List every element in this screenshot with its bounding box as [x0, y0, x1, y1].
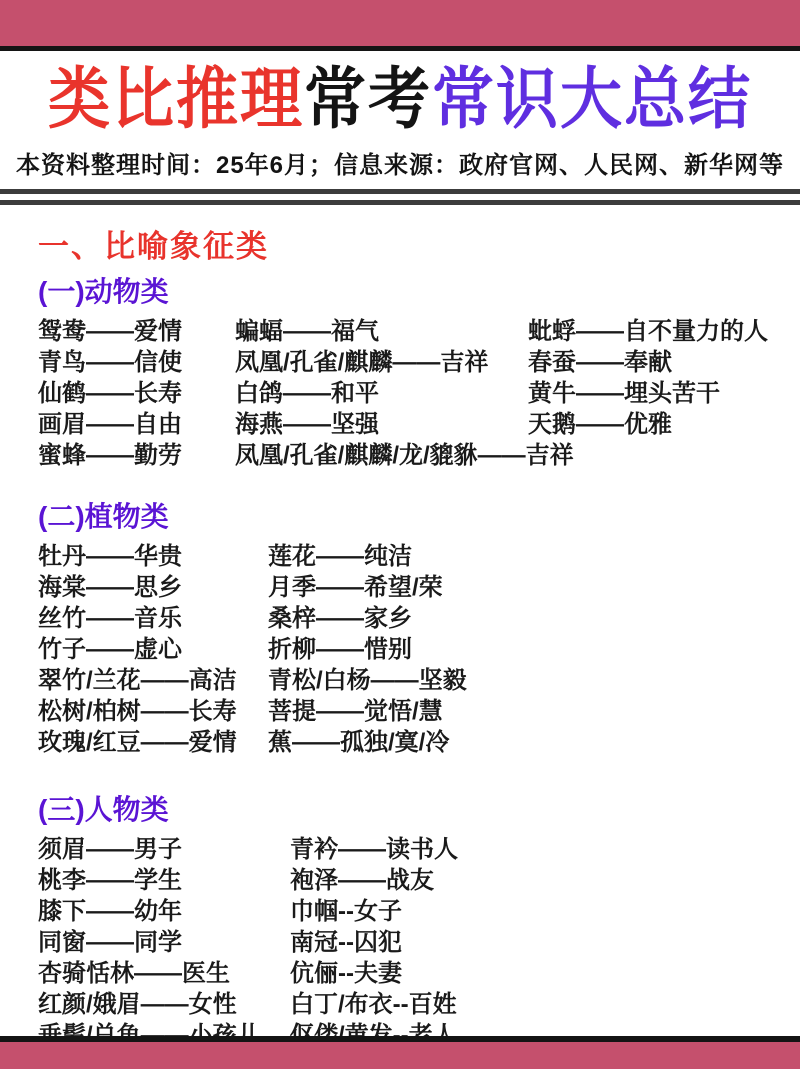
analogy-entry: 莲花——纯洁 [268, 541, 800, 572]
analogy-row: 杏骑恬林——医生 伉俪--夫妻 [38, 958, 800, 989]
analogy-entry: 海燕——坚强 [235, 409, 528, 440]
title-segment-red: 类比推理 [48, 63, 304, 138]
analogy-row: 翠竹/兰花——高洁 青松/白杨——坚毅 [38, 665, 800, 696]
analogy-entry: 白鸽——和平 [235, 378, 528, 409]
analogy-row: 海棠——思乡 月季——希望/荣 [38, 572, 800, 603]
analogy-entry: 鸳鸯——爱情 [38, 316, 235, 347]
analogy-entry: 白丁/布衣--百姓 [290, 989, 800, 1020]
people-list: 须眉——男子 青衿——读书人 桃李——学生 袍泽——战友 膝下——幼年 巾帼--… [38, 834, 800, 1051]
analogy-row: 玫瑰/红豆——爱情 蕉——孤独/寞/冷 [38, 727, 800, 758]
analogy-entry: 青松/白杨——坚毅 [268, 665, 800, 696]
subsection-heading-animals: (一)动物类 [38, 270, 800, 310]
analogy-entry: 画眉——自由 [38, 409, 235, 440]
bottom-banner [0, 1036, 800, 1069]
analogy-entry: 丝竹——音乐 [38, 603, 268, 634]
analogy-entry [528, 440, 800, 471]
analogy-row: 青鸟——信使 凤凰/孔雀/麒麟——吉祥 春蚕——奉献 [38, 347, 800, 378]
analogy-entry: 仙鹤——长寿 [38, 378, 235, 409]
analogy-row: 牡丹——华贵 莲花——纯洁 [38, 541, 800, 572]
analogy-entry: 青衿——读书人 [290, 834, 800, 865]
analogy-entry: 凤凰/孔雀/麒麟——吉祥 [235, 347, 528, 378]
analogy-entry: 膝下——幼年 [38, 896, 290, 927]
analogy-row: 红颜/娥眉——女性 白丁/布衣--百姓 [38, 989, 800, 1020]
analogy-entry: 黄牛——埋头苦干 [528, 378, 800, 409]
analogy-entry: 青鸟——信使 [38, 347, 235, 378]
analogy-entry: 折柳——惜别 [268, 634, 800, 665]
analogy-row: 松树/柏树——长寿 菩提——觉悟/慧 [38, 696, 800, 727]
analogy-entry: 南冠--囚犯 [290, 927, 800, 958]
animals-list: 鸳鸯——爱情 蝙蝠——福气 蚍蜉——自不量力的人 青鸟——信使 凤凰/孔雀/麒麟… [38, 316, 800, 471]
analogy-row: 仙鹤——长寿 白鸽——和平 黄牛——埋头苦干 [38, 378, 800, 409]
analogy-entry: 巾帼--女子 [290, 896, 800, 927]
analogy-entry: 袍泽——战友 [290, 865, 800, 896]
top-banner [0, 0, 800, 51]
content-area: 一、比喻象征类 (一)动物类 鸳鸯——爱情 蝙蝠——福气 蚍蜉——自不量力的人 … [0, 205, 800, 1051]
analogy-entry: 桃李——学生 [38, 865, 290, 896]
analogy-entry: 须眉——男子 [38, 834, 290, 865]
analogy-row: 须眉——男子 青衿——读书人 [38, 834, 800, 865]
analogy-row: 同窗——同学 南冠--囚犯 [38, 927, 800, 958]
analogy-entry: 春蚕——奉献 [528, 347, 800, 378]
analogy-row: 竹子——虚心 折柳——惜别 [38, 634, 800, 665]
analogy-entry: 月季——希望/荣 [268, 572, 800, 603]
analogy-entry: 杏骑恬林——医生 [38, 958, 290, 989]
analogy-row: 丝竹——音乐 桑梓——家乡 [38, 603, 800, 634]
analogy-entry: 菩提——觉悟/慧 [268, 696, 800, 727]
analogy-entry: 桑梓——家乡 [268, 603, 800, 634]
rule-line [0, 189, 800, 194]
analogy-row: 画眉——自由 海燕——坚强 天鹅——优雅 [38, 409, 800, 440]
title-segment-purple: 常识大总结 [432, 63, 752, 138]
analogy-entry: 蚍蜉——自不量力的人 [528, 316, 800, 347]
double-rule [0, 189, 800, 205]
analogy-entry: 翠竹/兰花——高洁 [38, 665, 268, 696]
analogy-entry: 伉俪--夫妻 [290, 958, 800, 989]
analogy-entry: 玫瑰/红豆——爱情 [38, 727, 268, 758]
analogy-entry: 竹子——虚心 [38, 634, 268, 665]
analogy-entry: 蝙蝠——福气 [235, 316, 528, 347]
analogy-entry: 蜜蜂——勤劳 [38, 440, 235, 471]
plants-list: 牡丹——华贵 莲花——纯洁 海棠——思乡 月季——希望/荣 丝竹——音乐 桑梓—… [38, 541, 800, 758]
analogy-entry: 天鹅——优雅 [528, 409, 800, 440]
subsection-heading-plants: (二)植物类 [38, 495, 800, 535]
analogy-row: 蜜蜂——勤劳 凤凰/孔雀/麒麟/龙/貔貅——吉祥 [38, 440, 800, 471]
analogy-row: 鸳鸯——爱情 蝙蝠——福气 蚍蜉——自不量力的人 [38, 316, 800, 347]
analogy-entry: 松树/柏树——长寿 [38, 696, 268, 727]
analogy-entry: 同窗——同学 [38, 927, 290, 958]
subsection-heading-people: (三)人物类 [38, 788, 800, 828]
analogy-entry: 凤凰/孔雀/麒麟/龙/貔貅——吉祥 [235, 440, 528, 471]
document-meta: 本资料整理时间：25年6月；信息来源：政府官网、人民网、新华网等 [0, 145, 800, 180]
page-title: 类比推理常考常识大总结 [0, 48, 800, 143]
analogy-entry: 蕉——孤独/寞/冷 [268, 727, 800, 758]
title-segment-black: 常考 [304, 63, 432, 138]
analogy-entry: 牡丹——华贵 [38, 541, 268, 572]
page-header: 类比推理常考常识大总结 本资料整理时间：25年6月；信息来源：政府官网、人民网、… [0, 51, 800, 205]
analogy-row: 膝下——幼年 巾帼--女子 [38, 896, 800, 927]
analogy-entry: 红颜/娥眉——女性 [38, 989, 290, 1020]
analogy-entry: 海棠——思乡 [38, 572, 268, 603]
analogy-row: 桃李——学生 袍泽——战友 [38, 865, 800, 896]
section-heading-metaphor: 一、比喻象征类 [38, 221, 800, 266]
